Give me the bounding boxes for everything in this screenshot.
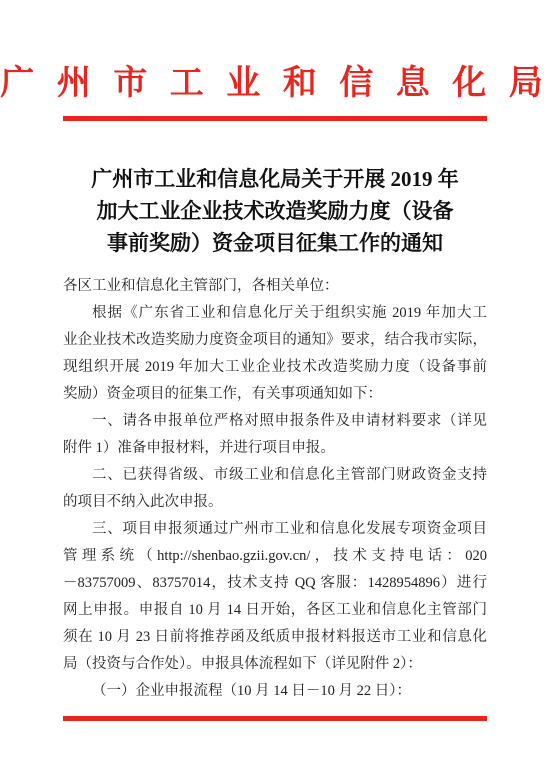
body-line: 三、项目申报须通过广州市工业和信息化发展专项资金项目 (63, 516, 487, 543)
body-line: 须在 10 月 23 日前将推荐函及纸质申报材料报送市工业和信息化 (63, 624, 487, 651)
body-line: 奖励）资金项目的征集工作，有关事项通知如下： (63, 381, 487, 408)
letterhead-divider (63, 116, 487, 121)
body-line: 局（投资与合作处）。申报具体流程如下（详见附件 2）： (63, 651, 487, 678)
document-body: 各区工业和信息化主管部门，各相关单位： 根据《广东省工业和信息化厅关于组织实施 … (63, 273, 487, 705)
body-line: （一）企业申报流程（10 月 14 日－10 月 22 日）： (63, 678, 487, 705)
footer-divider (63, 716, 487, 721)
document-title: 广州市工业和信息化局关于开展 2019 年 加大工业企业技术改造奖励力度（设备 … (0, 163, 550, 259)
body-line: 一、请各申报单位严格对照申报条件及申请材料要求（详见 (63, 408, 487, 435)
body-line: 业企业技术改造奖励力度资金项目的通知》要求，结合我市实际， (63, 327, 487, 354)
body-line: 管理系统（http://shenbao.gzii.gov.cn/，技术支持电话：… (63, 543, 487, 570)
body-line: －83757009、83757014，技术支持 QQ 客服：1428954896… (63, 570, 487, 597)
body-line: 根据《广东省工业和信息化厅关于组织实施 2019 年加大工 (63, 300, 487, 327)
body-line: 网上申报。申报自 10 月 14 日开始，各区工业和信息化主管部门 (63, 597, 487, 624)
title-line: 事前奖励）资金项目征集工作的通知 (0, 227, 550, 259)
body-line: 各区工业和信息化主管部门，各相关单位： (63, 273, 487, 300)
agency-letterhead: 广 州 市 工 业 和 信 息 化 局 (0, 64, 550, 104)
body-line: 附件 1）准备申报材料，并进行项目申报。 (63, 435, 487, 462)
body-line: 现组织开展 2019 年加大工业企业技术改造奖励力度（设备事前 (63, 354, 487, 381)
body-line: 二、已获得省级、市级工业和信息化主管部门财政资金支持 (63, 462, 487, 489)
title-line: 广州市工业和信息化局关于开展 2019 年 (0, 163, 550, 195)
document-page: 广 州 市 工 业 和 信 息 化 局 广州市工业和信息化局关于开展 2019 … (0, 0, 550, 778)
body-line: 的项目不纳入此次申报。 (63, 489, 487, 516)
title-line: 加大工业企业技术改造奖励力度（设备 (0, 195, 550, 227)
